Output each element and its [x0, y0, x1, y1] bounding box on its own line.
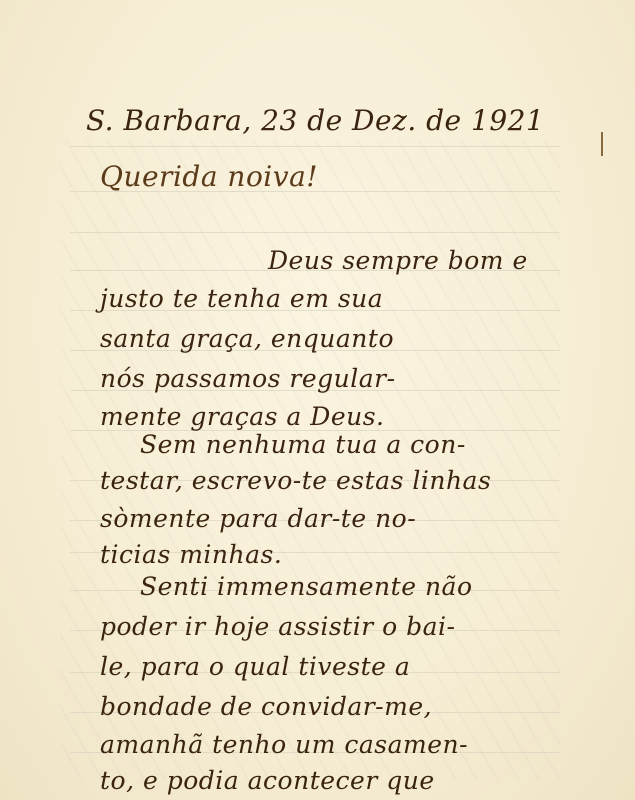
letter-line: santa graça, enquanto	[100, 324, 394, 353]
letter-line: Sem nenhuma tua a con-	[140, 430, 466, 459]
letter-page: S. Barbara, 23 de Dez. de 1921 Querida n…	[0, 0, 635, 800]
ink-bleed-through	[60, 140, 560, 780]
letter-line: ticias minhas.	[100, 540, 282, 569]
letter-line: nós passamos regular-	[100, 364, 396, 393]
letter-line: sòmente para dar-te no-	[100, 504, 416, 533]
letter-place-date: S. Barbara, 23 de Dez. de 1921	[86, 104, 544, 137]
letter-salutation: Querida noiva!	[100, 160, 318, 193]
ruled-line	[70, 232, 560, 233]
letter-line: testar, escrevo-te estas linhas	[100, 466, 491, 495]
letter-line: amanhã tenho um casamen-	[100, 730, 468, 759]
letter-line: justo te tenha em sua	[100, 284, 383, 313]
ruled-line	[70, 146, 560, 147]
letter-line: le, para o qual tiveste a	[100, 652, 410, 681]
letter-line: bondade de convidar-me,	[100, 692, 432, 721]
ink-mark	[601, 132, 603, 156]
letter-line: to, e podia acontecer que	[100, 766, 435, 795]
letter-line: Deus sempre bom e	[268, 246, 528, 275]
letter-line: mente graças a Deus.	[100, 402, 385, 431]
letter-line: poder ir hoje assistir o bai-	[100, 612, 455, 641]
letter-line: Senti immensamente não	[140, 572, 473, 601]
